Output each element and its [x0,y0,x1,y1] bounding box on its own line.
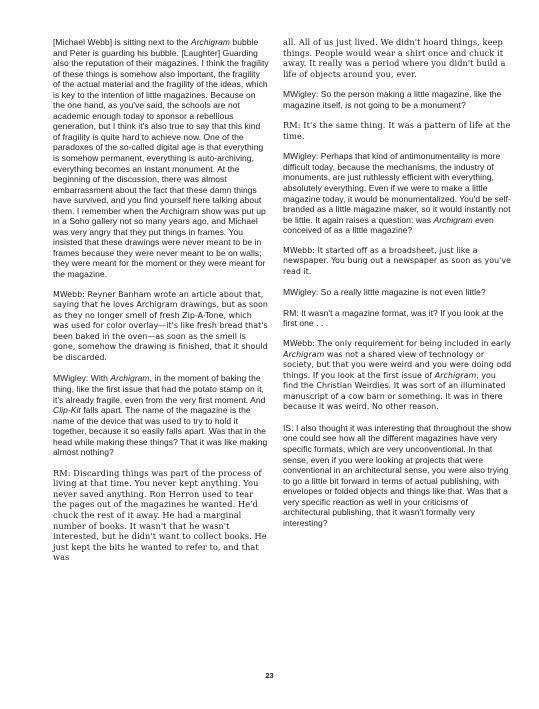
text-run: MWigley: With [53,373,110,383]
text-run: bubble and Peter is guarding his bubble.… [53,37,269,279]
text-run: RM: It wasn't a magazine format, was it?… [283,308,503,329]
right-column: all. All of us just lived. We didn't hoa… [283,37,512,563]
left-column: [Michael Webb] is sitting next to the Ar… [53,37,269,563]
paragraph-MWebb: MWebb: The only requirement for being in… [283,339,512,413]
text-run: MWebb: Reyner Banham wrote an article ab… [53,290,268,362]
text-run: [Michael Webb] is sitting next to the [53,37,191,47]
paragraph-narration: [Michael Webb] is sitting next to the Ar… [53,37,269,280]
text-run: MWigley: So a really little magazine is … [283,287,486,297]
paragraph-RM: RM: It wasn't a magazine format, was it?… [283,308,512,329]
text-run: RM: It's the same thing. It was a patter… [283,120,510,141]
text-run: IS: I also thought it was interesting th… [283,423,512,528]
text-run: MWigley: So the person making a little m… [283,89,501,110]
document-page: [Michael Webb] is sitting next to the Ar… [0,0,539,709]
text-run: MWebb: The only requirement for being in… [283,339,511,348]
paragraph-MWebb: MWebb: Reyner Banham wrote an article ab… [53,290,269,364]
italic-text-run: Archigram [434,215,473,225]
text-run: RM: Discarding things was part of the pr… [53,468,267,562]
paragraph-RM: RM: Discarding things was part of the pr… [53,468,269,563]
paragraph-IS: IS: I also thought it was interesting th… [283,423,512,528]
paragraph-MWebb: MWebb: It started off as a broadsheet, j… [283,246,512,278]
italic-text-run: Archigram [191,37,230,47]
paragraph-MWigley: MWigley: With Archigram, in the moment o… [53,373,269,457]
page-number: 23 [0,671,539,680]
paragraph-MWigley: MWigley: Perhaps that kind of antimonume… [283,151,512,235]
text-columns: [Michael Webb] is sitting next to the Ar… [53,37,512,563]
paragraph-MWigley: MWigley: So a really little magazine is … [283,287,512,298]
italic-text-run: Archigram [283,350,324,359]
text-run: falls apart. The name of the magazine is… [53,405,267,457]
italic-text-run: Clip-Kit [53,405,81,415]
italic-text-run: Archigram [110,373,149,383]
paragraph-RM: all. All of us just lived. We didn't hoa… [283,37,512,79]
text-run: MWigley: Perhaps that kind of antimonume… [283,151,511,224]
paragraph-RM: RM: It's the same thing. It was a patter… [283,120,512,141]
italic-text-run: Archigram [435,371,476,380]
text-run: all. All of us just lived. We didn't hoa… [283,37,506,79]
paragraph-MWigley: MWigley: So the person making a little m… [283,89,512,110]
text-run: MWebb: It started off as a broadsheet, j… [283,246,511,276]
